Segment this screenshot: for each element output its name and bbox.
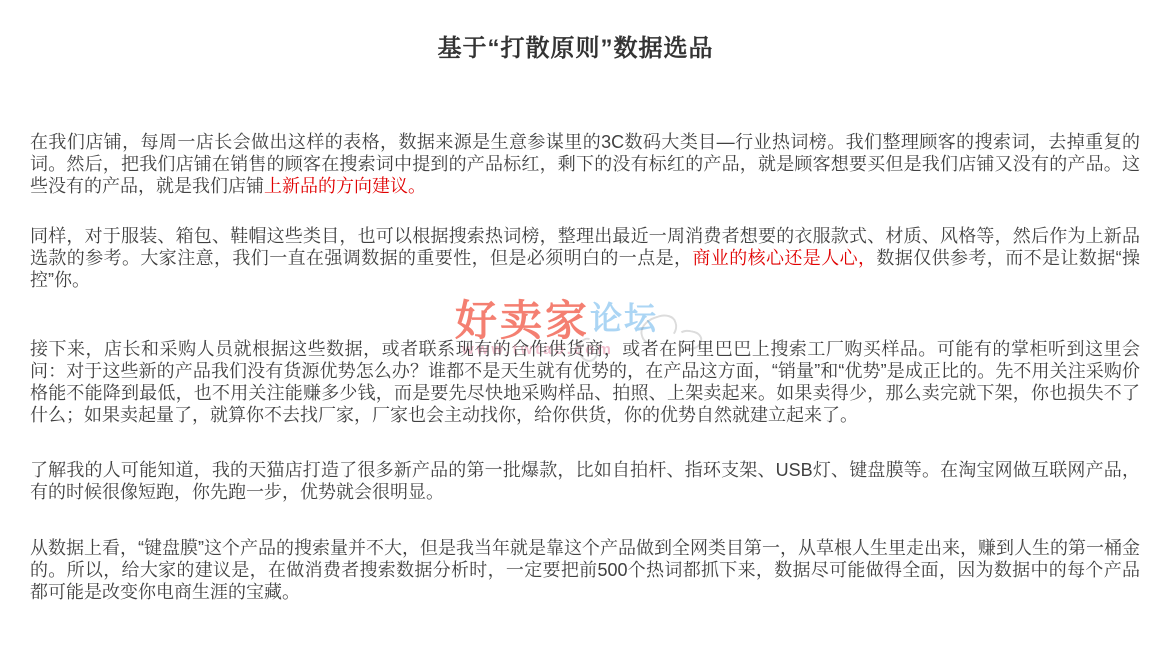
text-segment: 了解我的人可能知道，我的天猫店打造了很多新产品的第一批爆款，比如自拍杆、指环支架… (30, 460, 1140, 502)
highlighted-text: 上新品的方向建议。 (264, 176, 426, 196)
paragraph: 接下来，店长和采购人员就根据这些数据，或者联系现有的合作供货商，或者在阿里巴巴上… (30, 338, 1140, 426)
paragraph: 在我们店铺，每周一店长会做出这样的表格，数据来源是生意参谋里的3C数码大类目—行… (30, 131, 1140, 197)
paragraph: 从数据上看，“键盘膜”这个产品的搜索量并不大，但是我当年就是靠这个产品做到全网类… (30, 537, 1140, 603)
document-page: 基于“打散原则”数据选品 好卖家论坛 www.twtao.com 在我们店铺，每… (0, 0, 1151, 647)
page-title: 基于“打散原则”数据选品 (0, 28, 1151, 63)
text-segment: 从数据上看，“键盘膜”这个产品的搜索量并不大，但是我当年就是靠这个产品做到全网类… (30, 538, 1140, 602)
article-body: 在我们店铺，每周一店长会做出这样的表格，数据来源是生意参谋里的3C数码大类目—行… (30, 131, 1140, 631)
text-segment: 接下来，店长和采购人员就根据这些数据，或者联系现有的合作供货商，或者在阿里巴巴上… (30, 339, 1140, 425)
paragraph: 同样，对于服装、箱包、鞋帽这些类目，也可以根据搜索热词榜，整理出最近一周消费者想… (30, 225, 1140, 291)
paragraph: 了解我的人可能知道，我的天猫店打造了很多新产品的第一批爆款，比如自拍杆、指环支架… (30, 459, 1140, 503)
highlighted-text: 商业的核心还是人心， (692, 248, 876, 268)
text-segment: 在我们店铺，每周一店长会做出这样的表格，数据来源是生意参谋里的3C数码大类目—行… (30, 132, 1140, 196)
